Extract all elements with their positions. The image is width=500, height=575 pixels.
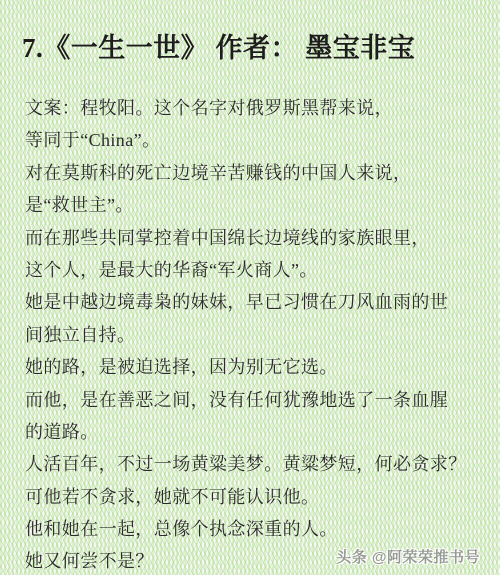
synopsis-line: 人活百年，不过一场黄粱美梦。黄粱梦短，何必贪求？ — [25, 448, 487, 480]
synopsis-line: 的道路。 — [25, 416, 487, 448]
toutiao-watermark: 头条 @阿荣荣推书号 — [336, 546, 480, 567]
synopsis-line: 文案：程牧阳。这个名字对俄罗斯黑帮来说， — [25, 92, 487, 124]
synopsis-line: 间独立自持。 — [25, 319, 487, 351]
synopsis-line: 他和她在一起，总像个执念深重的人。 — [25, 513, 487, 545]
synopsis-line: 对在莫斯科的死亡边境辛苦赚钱的中国人来说， — [25, 157, 487, 189]
book-recommendation-card: 7.《一生一世》 作者： 墨宝非宝 文案：程牧阳。这个名字对俄罗斯黑帮来说， 等… — [0, 0, 500, 575]
page-title: 7.《一生一世》 作者： 墨宝非宝 — [22, 26, 415, 65]
synopsis-line: 她是中越边境毒枭的妹妹，早已习惯在刀风血雨的世 — [25, 286, 487, 318]
synopsis-text: 文案：程牧阳。这个名字对俄罗斯黑帮来说， 等同于“China”。 对在莫斯科的死… — [25, 92, 487, 575]
synopsis-line: 这个人，是最大的华裔“军火商人”。 — [25, 254, 487, 286]
synopsis-line: 可他若不贪求，她就不可能认识他。 — [25, 481, 487, 513]
synopsis-line: 是“救世主”。 — [25, 189, 487, 221]
synopsis-line: 而他，是在善恶之间，没有任何犹豫地选了一条血腥 — [25, 384, 487, 416]
synopsis-line: 她的路，是被迫选择，因为别无它选。 — [25, 351, 487, 383]
synopsis-line: 等同于“China”。 — [25, 124, 487, 156]
synopsis-line: 而在那些共同掌控着中国绵长边境线的家族眼里， — [25, 222, 487, 254]
